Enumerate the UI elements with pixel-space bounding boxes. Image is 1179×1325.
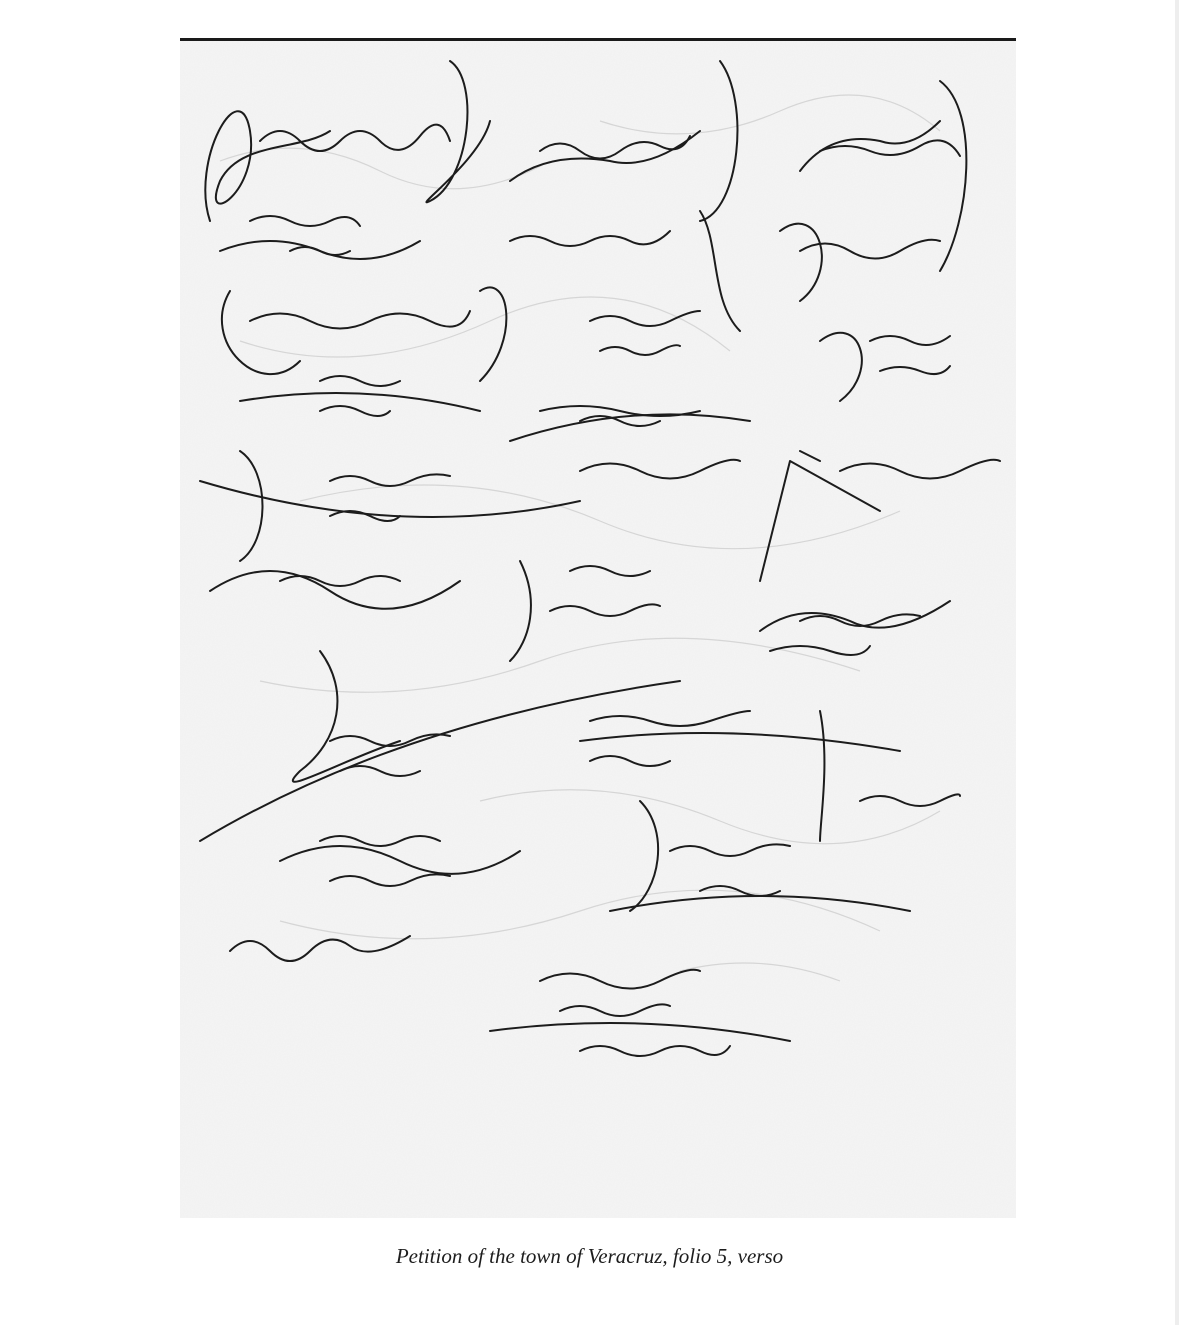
handwritten-signatures-illustration <box>180 41 1016 1218</box>
manuscript-figure <box>180 38 1016 1218</box>
manuscript-scan-image <box>180 38 1016 1218</box>
figure-caption: Petition of the town of Veracruz, folio … <box>0 1244 1179 1269</box>
scrollbar[interactable] <box>1175 0 1179 1325</box>
